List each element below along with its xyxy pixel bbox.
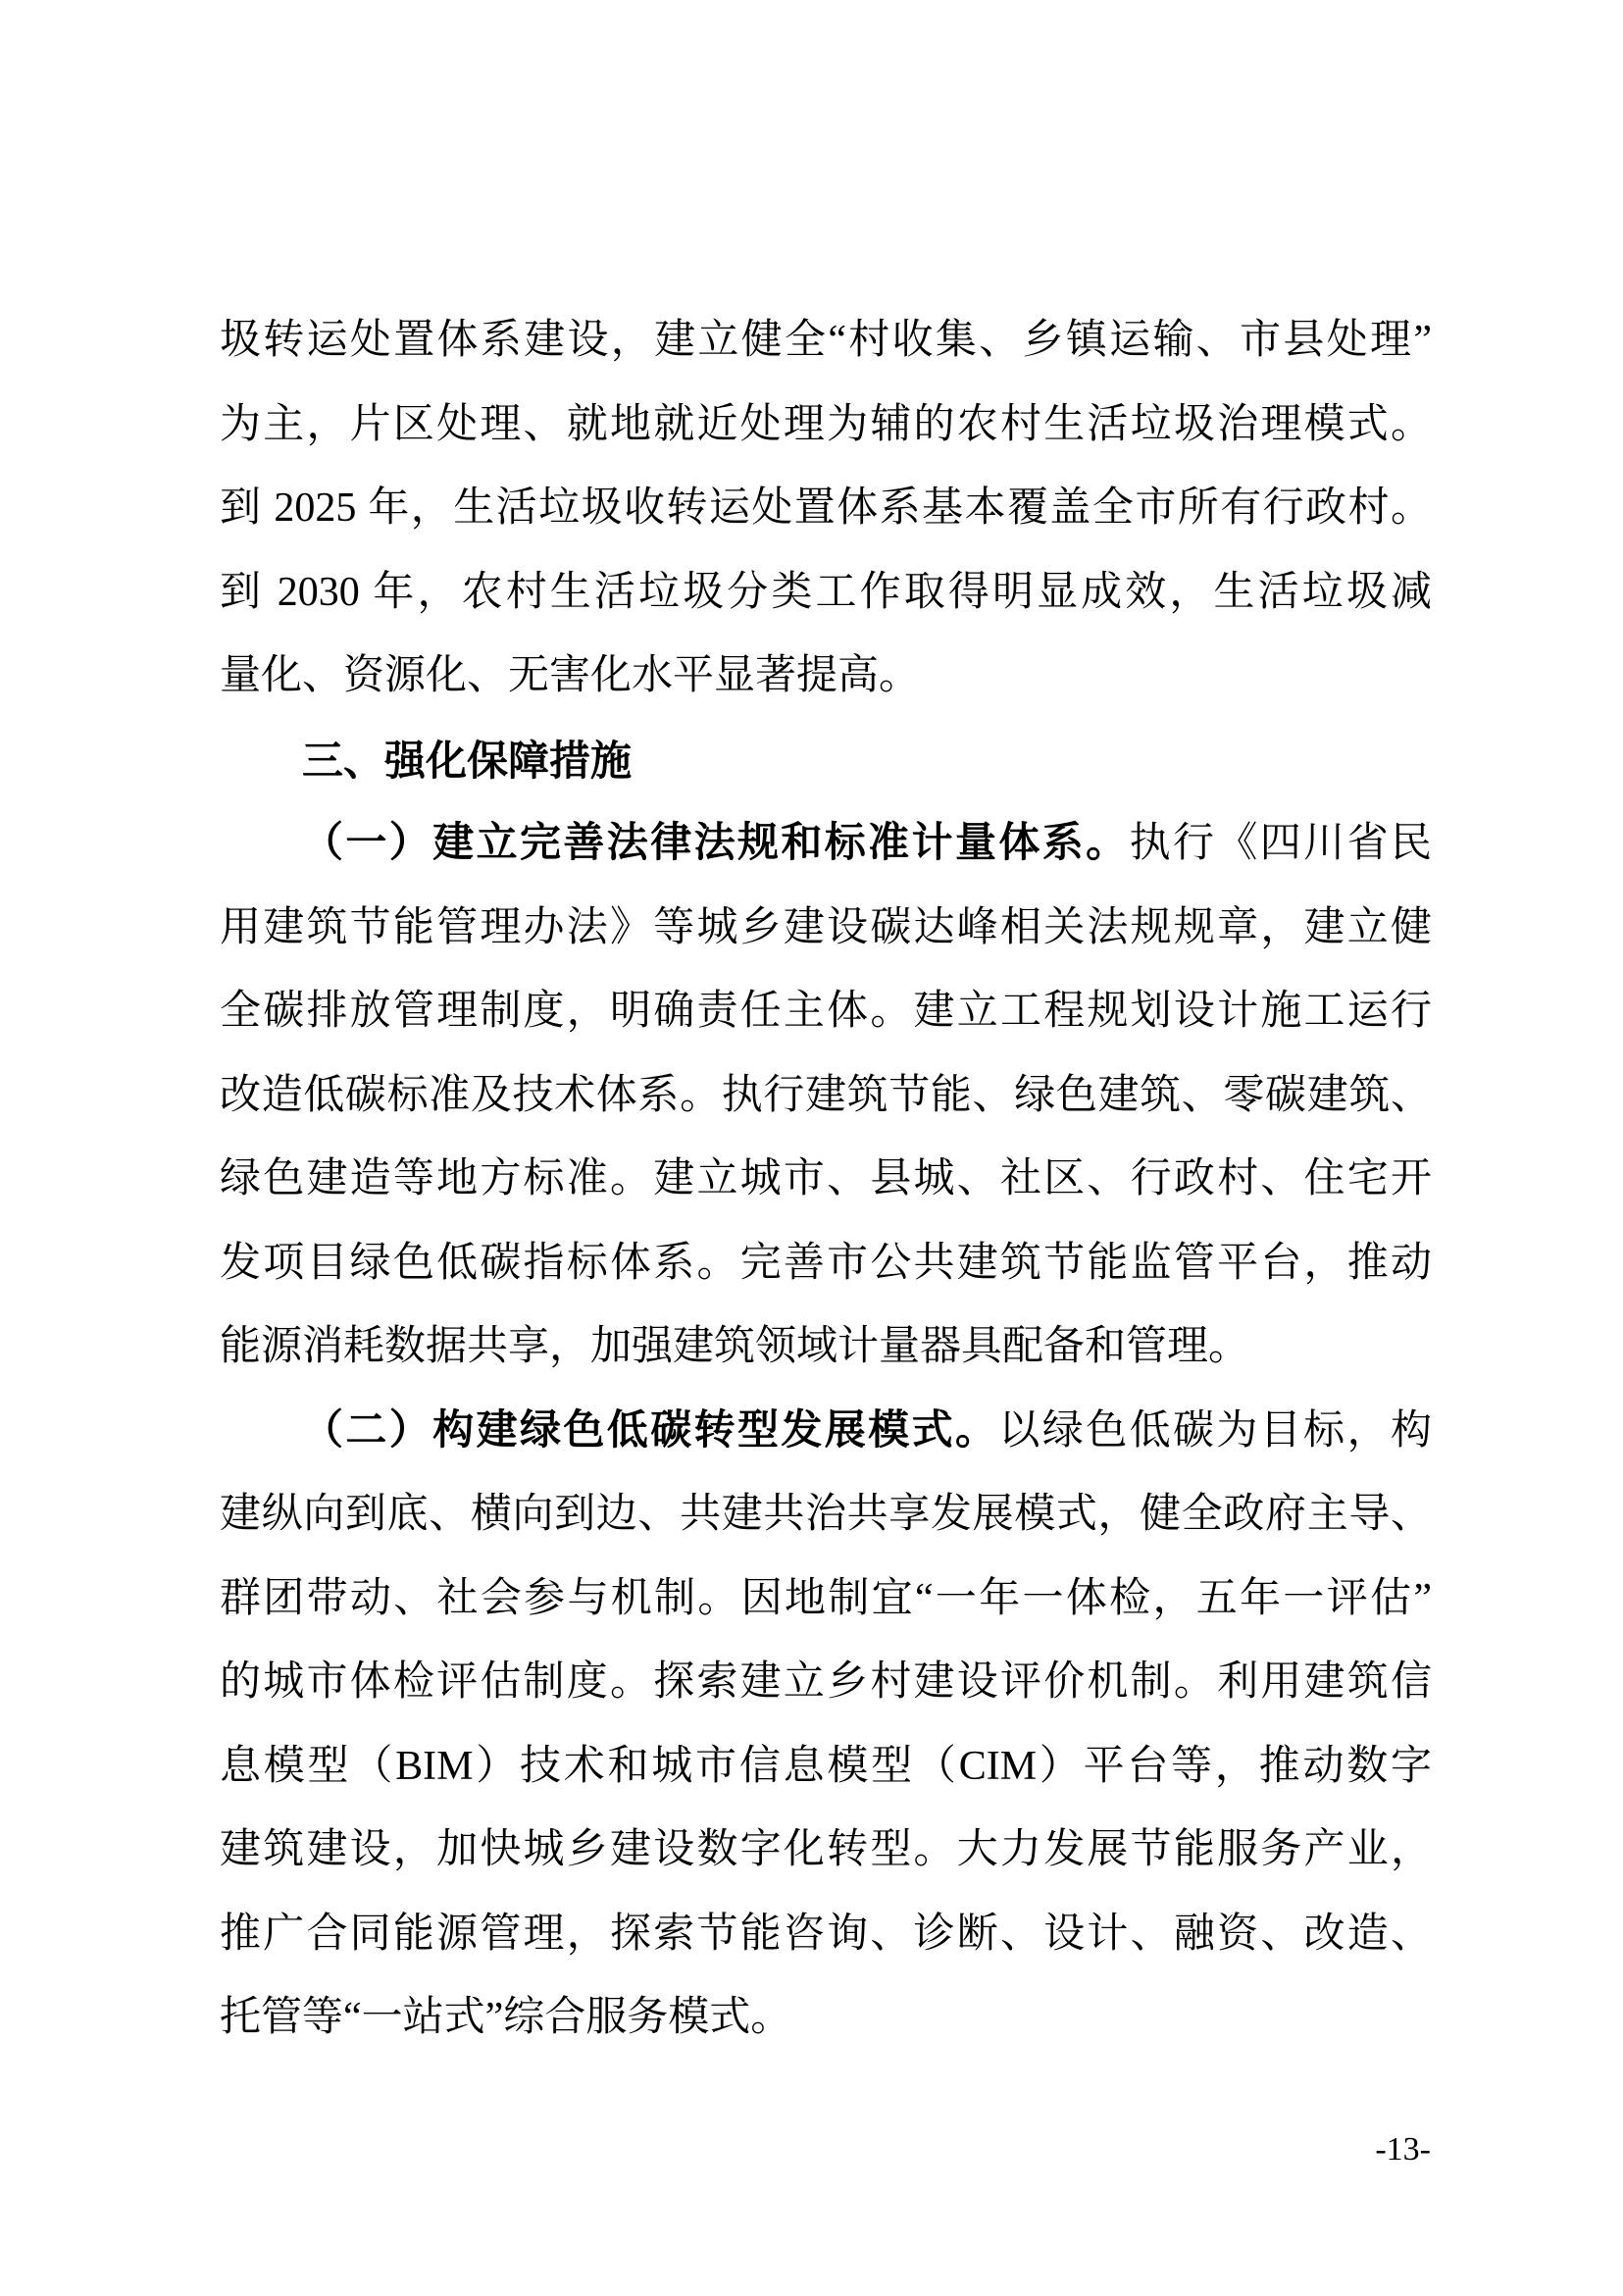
body-text: 托管等“一站式”综合服务模式。 — [220, 1995, 791, 2040]
body-line-5: 量化、资源化、无害化水平显著提高。 — [220, 635, 1432, 719]
document-page: 圾转运处置体系建设，建立健全“村收集、乡镇运输、市县处理” 为主，片区处理、就地… — [0, 0, 1623, 2296]
body-text: 以绿色低碳为目标，构 — [998, 1408, 1432, 1454]
body-line-13: 能源消耗数据共享，加强建筑领域计量器具配备和管理。 — [220, 1305, 1432, 1390]
body-line-20: 推广合同能源管理，探索节能咨询、诊断、设计、融资、改造、 — [220, 1893, 1432, 1977]
section-heading: 三、强化保障措施 — [220, 719, 1432, 803]
body-text: 全碳排放管理制度，明确责任主体。建立工程规划设计施工运行 — [220, 989, 1432, 1034]
page-number: -13- — [1375, 2130, 1431, 2169]
body-line-1: 圾转运处置体系建设，建立健全“村收集、乡镇运输、市县处理” — [220, 299, 1432, 383]
body-line-14: （二）构建绿色低碳转型发展模式。以绿色低碳为目标，构 — [220, 1390, 1432, 1474]
body-text: 执行《四川省民 — [1130, 821, 1432, 866]
body-line-2: 为主，片区处理、就地就近处理为辅的农村生活垃圾治理模式。 — [220, 383, 1432, 468]
subsection-title: （二）构建绿色低碳转型发展模式。 — [302, 1408, 998, 1454]
body-text: 改造低碳标准及技术体系。执行建筑节能、绿色建筑、零碳建筑、 — [220, 1073, 1432, 1118]
subsection-title: （一）建立完善法律法规和标准计量体系。 — [302, 821, 1130, 866]
body-line-16: 群团带动、社会参与机制。因地制宜“一年一体检，五年一评估” — [220, 1557, 1432, 1642]
body-line-3: 到 2025 年，生活垃圾收转运处置体系基本覆盖全市所有行政村。 — [220, 467, 1432, 551]
page-body: 圾转运处置体系建设，建立健全“村收集、乡镇运输、市县处理” 为主，片区处理、就地… — [220, 299, 1432, 2061]
body-text: 到 2025 年，生活垃圾收转运处置体系基本覆盖全市所有行政村。 — [220, 485, 1432, 531]
body-text: 息模型（BIM）技术和城市信息模型（CIM）平台等，推动数字 — [220, 1744, 1432, 1789]
body-text: 发项目绿色低碳指标体系。完善市公共建筑节能监管平台，推动 — [220, 1241, 1432, 1286]
body-text: 推广合同能源管理，探索节能咨询、诊断、设计、融资、改造、 — [220, 1912, 1432, 1957]
body-line-21: 托管等“一站式”综合服务模式。 — [220, 1976, 1432, 2061]
body-text: 的城市体检评估制度。探索建立乡村建设评价机制。利用建筑信 — [220, 1659, 1432, 1705]
body-text: 圾转运处置体系建设，建立健全“村收集、乡镇运输、市县处理” — [220, 318, 1432, 363]
body-line-12: 发项目绿色低碳指标体系。完善市公共建筑节能监管平台，推动 — [220, 1222, 1432, 1306]
body-line-4: 到 2030 年，农村生活垃圾分类工作取得明显成效，生活垃圾减 — [220, 551, 1432, 636]
body-line-7: （一）建立完善法律法规和标准计量体系。执行《四川省民 — [220, 802, 1432, 887]
body-line-9: 全碳排放管理制度，明确责任主体。建立工程规划设计施工运行 — [220, 970, 1432, 1054]
body-text: 用建筑节能管理办法》等城乡建设碳达峰相关法规规章，建立健 — [220, 905, 1432, 950]
body-text: 量化、资源化、无害化水平显著提高。 — [220, 653, 920, 698]
body-text: 建纵向到底、横向到边、共建共治共享发展模式，健全政府主导、 — [220, 1492, 1432, 1537]
body-line-10: 改造低碳标准及技术体系。执行建筑节能、绿色建筑、零碳建筑、 — [220, 1054, 1432, 1139]
body-text: 为主，片区处理、就地就近处理为辅的农村生活垃圾治理模式。 — [220, 402, 1432, 447]
body-line-11: 绿色建造等地方标准。建立城市、县城、社区、行政村、住宅开 — [220, 1138, 1432, 1222]
body-text: 到 2030 年，农村生活垃圾分类工作取得明显成效，生活垃圾减 — [220, 570, 1432, 615]
body-text: 建筑建设，加快城乡建设数字化转型。大力发展节能服务产业， — [220, 1827, 1432, 1872]
body-line-17: 的城市体检评估制度。探索建立乡村建设评价机制。利用建筑信 — [220, 1641, 1432, 1725]
body-line-19: 建筑建设，加快城乡建设数字化转型。大力发展节能服务产业， — [220, 1809, 1432, 1893]
body-text: 能源消耗数据共享，加强建筑领域计量器具配备和管理。 — [220, 1324, 1249, 1369]
body-line-8: 用建筑节能管理办法》等城乡建设碳达峰相关法规规章，建立健 — [220, 887, 1432, 971]
body-line-15: 建纵向到底、横向到边、共建共治共享发展模式，健全政府主导、 — [220, 1473, 1432, 1557]
body-text: 绿色建造等地方标准。建立城市、县城、社区、行政村、住宅开 — [220, 1156, 1432, 1201]
section-heading-text: 三、强化保障措施 — [302, 738, 632, 784]
body-line-18: 息模型（BIM）技术和城市信息模型（CIM）平台等，推动数字 — [220, 1725, 1432, 1810]
body-text: 群团带动、社会参与机制。因地制宜“一年一体检，五年一评估” — [220, 1576, 1432, 1621]
